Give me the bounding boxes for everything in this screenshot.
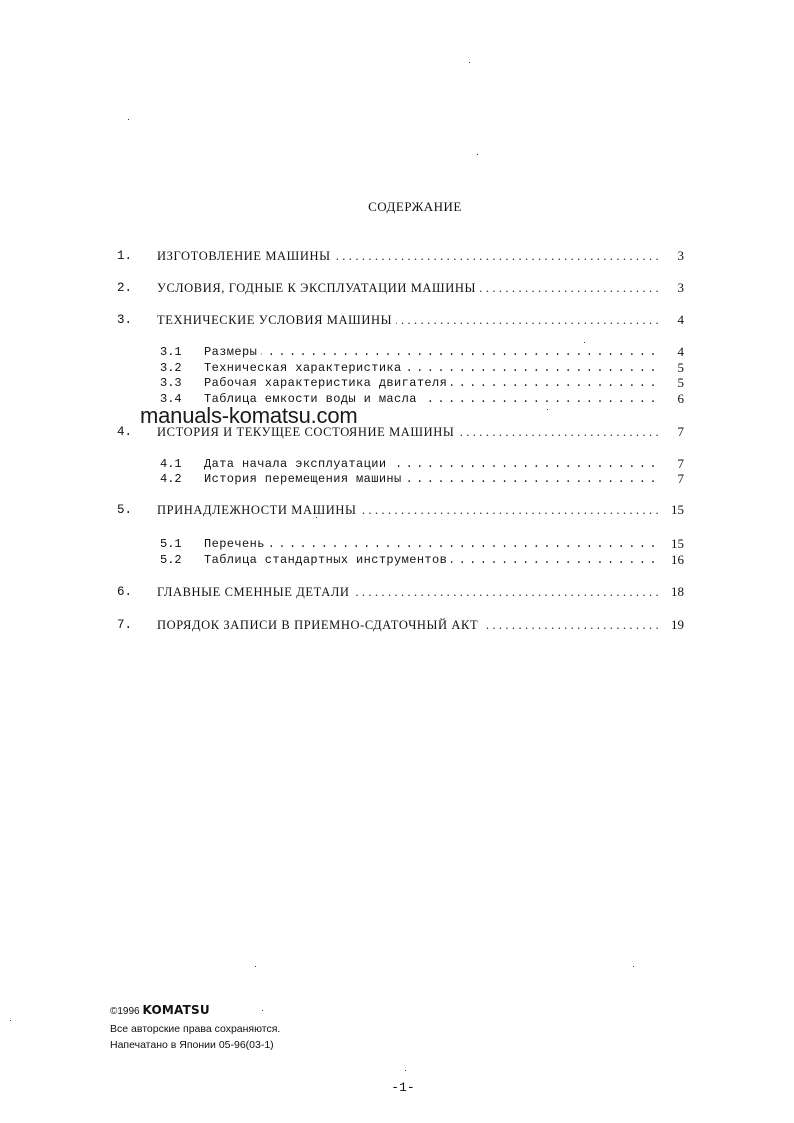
toc-heading: СОДЕРЖАНИЕ	[0, 199, 794, 215]
toc-entry-page: 18	[654, 584, 684, 600]
toc-entry-page: 7	[654, 456, 684, 472]
toc-entry-6[interactable]: 6. .....................................…	[0, 584, 794, 600]
toc-entry-number: 4.	[117, 424, 132, 440]
toc-entry-3-1[interactable]: 3.1 ....................................…	[0, 344, 794, 360]
scan-speck	[469, 62, 470, 63]
toc-entry-5[interactable]: 5. .....................................…	[0, 502, 794, 518]
copyright-footer: ©1996 KOMATSU Все авторские права сохран…	[110, 1002, 280, 1054]
scan-speck	[255, 966, 256, 967]
toc-entry-number: 3.3	[160, 375, 182, 391]
dot-leader: ........................................…	[204, 536, 660, 552]
rights-reserved: Все авторские права сохраняются.	[110, 1021, 280, 1038]
toc-entry-page: 16	[654, 552, 684, 568]
document-page: СОДЕРЖАНИЕ 1. ..........................…	[0, 0, 794, 1123]
toc-entry-title: ........................................…	[204, 360, 660, 376]
toc-entry-2[interactable]: 2. .....................................…	[0, 280, 794, 296]
scan-speck	[10, 1020, 11, 1021]
toc-entry-4[interactable]: 4. .....................................…	[0, 424, 794, 440]
scan-speck	[547, 409, 548, 410]
page-number: -1-	[0, 1080, 794, 1095]
toc-entry-number: 3.1	[160, 344, 182, 360]
toc-entry-3-4[interactable]: 3.4 ....................................…	[0, 391, 794, 407]
copyright-line: ©1996 KOMATSU	[110, 1002, 280, 1021]
toc-entry-title: ........................................…	[157, 312, 662, 328]
scan-speck	[584, 342, 585, 343]
toc-entry-title: ........................................…	[157, 280, 662, 296]
toc-entry-number: 4.1	[160, 456, 182, 472]
toc-entry-number: 3.	[117, 312, 132, 328]
scan-speck	[405, 1070, 406, 1071]
printed-in: Напечатано в Японии 05-96(03-1)	[110, 1037, 280, 1054]
toc-entry-title: ........................................…	[157, 617, 662, 633]
toc-entry-page: 5	[654, 360, 684, 376]
toc-entry-page: 15	[654, 502, 684, 518]
toc-entry-page: 6	[654, 391, 684, 407]
toc-entry-number: 4.2	[160, 471, 182, 487]
toc-entry-title: ........................................…	[204, 471, 660, 487]
toc-entry-page: 3	[654, 280, 684, 296]
copyright-year: ©1996	[110, 1006, 140, 1017]
toc-entry-number: 3.2	[160, 360, 182, 376]
toc-entry-number: 2.	[117, 280, 132, 296]
toc-entry-title: ........................................…	[204, 552, 660, 568]
toc-entry-3-2[interactable]: 3.2 ....................................…	[0, 360, 794, 376]
toc-entry-title: ........................................…	[157, 584, 662, 600]
watermark: manuals-komatsu.com	[140, 403, 358, 429]
toc-entry-5-1[interactable]: 5.1 ....................................…	[0, 536, 794, 552]
toc-entry-title: ........................................…	[204, 375, 660, 391]
toc-entry-title: ........................................…	[204, 456, 660, 472]
toc-entry-title: ........................................…	[157, 248, 662, 264]
toc-entry-number: 7.	[117, 617, 132, 633]
toc-entry-title: ........................................…	[204, 344, 660, 360]
toc-entry-page: 4	[654, 344, 684, 360]
toc-entry-page: 7	[654, 471, 684, 487]
toc-entry-page: 4	[654, 312, 684, 328]
toc-entry-number: 5.2	[160, 552, 182, 568]
toc-entry-number: 1.	[117, 248, 132, 264]
toc-entry-7[interactable]: 7. .....................................…	[0, 617, 794, 633]
toc-entry-page: 3	[654, 248, 684, 264]
scan-speck	[128, 119, 129, 120]
toc-entry-number: 5.1	[160, 536, 182, 552]
scan-speck	[262, 1010, 263, 1011]
toc-entry-number: 5.	[117, 502, 132, 518]
toc-entry-number: 6.	[117, 584, 132, 600]
toc-entry-3-3[interactable]: 3.3 ....................................…	[0, 375, 794, 391]
dot-leader: ........................................…	[204, 344, 660, 360]
toc-entry-4-1[interactable]: 4.1 ....................................…	[0, 456, 794, 472]
toc-entry-3[interactable]: 3. .....................................…	[0, 312, 794, 328]
toc-entry-5-2[interactable]: 5.2 ....................................…	[0, 552, 794, 568]
scan-speck	[633, 966, 634, 967]
toc-entry-page: 5	[654, 375, 684, 391]
toc-entry-title: ........................................…	[157, 502, 662, 518]
toc-entry-page: 15	[654, 536, 684, 552]
toc-entry-4-2[interactable]: 4.2 ....................................…	[0, 471, 794, 487]
scan-speck	[316, 517, 317, 518]
toc-entry-page: 19	[654, 617, 684, 633]
toc-entry-title: ........................................…	[204, 536, 660, 552]
komatsu-logo: KOMATSU	[143, 1003, 210, 1017]
scan-speck	[477, 154, 478, 155]
toc-entry-1[interactable]: 1. .....................................…	[0, 248, 794, 264]
toc-entry-page: 7	[654, 424, 684, 440]
